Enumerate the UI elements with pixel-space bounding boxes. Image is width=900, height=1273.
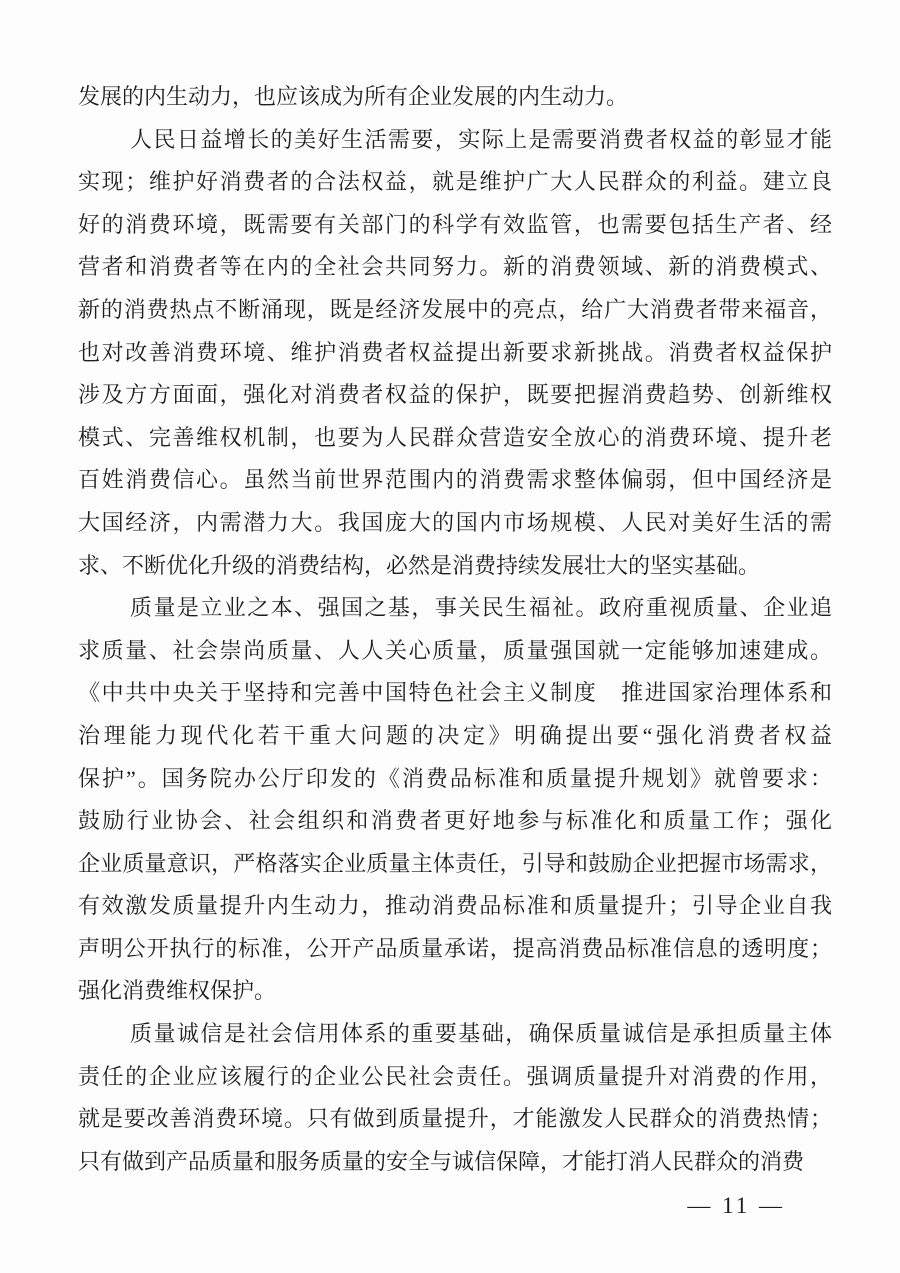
text-line: 保护”。国务院办公厅印发的《消费品标准和质量提升规划》就曾要求： <box>78 758 832 801</box>
text-line: 实现；维护好消费者的合法权益，就是维护广大人民群众的利益。建立良 <box>78 161 832 204</box>
text-line: 鼓励行业协会、社会组织和消费者更好地参与标准化和质量工作；强化 <box>78 800 832 843</box>
text-line: 大国经济，内需潜力大。我国庞大的国内市场规模、人民对美好生活的需 <box>78 502 832 545</box>
text-line: 企业质量意识，严格落实企业质量主体责任，引导和鼓励企业把握市场需求， <box>78 843 832 886</box>
text-line: 求质量、社会崇尚质量、人人关心质量，质量强国就一定能够加速建成。 <box>78 630 832 673</box>
text-line: 治理能力现代化若干重大问题的决定》明确提出要“强化消费者权益 <box>78 715 832 758</box>
text-line: 强化消费维权保护。 <box>78 970 832 1013</box>
text-line: 好的消费环境，既需要有关部门的科学有效监管，也需要包括生产者、经 <box>78 204 832 247</box>
document-body: 发展的内生动力，也应该成为所有企业发展的内生动力。人民日益增长的美好生活需要，实… <box>78 76 832 1183</box>
text-line: 新的消费热点不断涌现，既是经济发展中的亮点，给广大消费者带来福音， <box>78 289 832 332</box>
text-line: 只有做到产品质量和服务质量的安全与诚信保障，才能打消人民群众的消费 <box>78 1141 832 1184</box>
text-line: 质量是立业之本、强国之基，事关民生福祉。政府重视质量、企业追 <box>78 587 832 630</box>
text-line: 质量诚信是社会信用体系的重要基础，确保质量诚信是承担质量主体 <box>78 1013 832 1056</box>
text-line: 就是要改善消费环境。只有做到质量提升，才能激发人民群众的消费热情； <box>78 1098 832 1141</box>
text-line: 责任的企业应该履行的企业公民社会责任。强调质量提升对消费的作用， <box>78 1056 832 1099</box>
page-number: — 11 — <box>78 1185 832 1227</box>
text-line: 《中共中央关于坚持和完善中国特色社会主义制度 推进国家治理体系和 <box>78 672 832 715</box>
text-line: 模式、完善维权机制，也要为人民群众营造安全放心的消费环境、提升老 <box>78 417 832 460</box>
text-line: 也对改善消费环境、维护消费者权益提出新要求新挑战。消费者权益保护 <box>78 332 832 375</box>
text-line: 发展的内生动力，也应该成为所有企业发展的内生动力。 <box>78 76 832 119</box>
text-line: 人民日益增长的美好生活需要，实际上是需要消费者权益的彰显才能 <box>78 119 832 162</box>
text-line: 营者和消费者等在内的全社会共同努力。新的消费领域、新的消费模式、 <box>78 246 832 289</box>
text-line: 求、不断优化升级的消费结构，必然是消费持续发展壮大的坚实基础。 <box>78 545 832 588</box>
text-line: 声明公开执行的标准，公开产品质量承诺，提高消费品标准信息的透明度； <box>78 928 832 971</box>
text-line: 有效激发质量提升内生动力，推动消费品标准和质量提升；引导企业自我 <box>78 885 832 928</box>
text-line: 涉及方方面面，强化对消费者权益的保护，既要把握消费趋势、创新维权 <box>78 374 832 417</box>
text-line: 百姓消费信心。虽然当前世界范围内的消费需求整体偏弱，但中国经济是 <box>78 459 832 502</box>
document-page: 发展的内生动力，也应该成为所有企业发展的内生动力。人民日益增长的美好生活需要，实… <box>0 0 900 1273</box>
